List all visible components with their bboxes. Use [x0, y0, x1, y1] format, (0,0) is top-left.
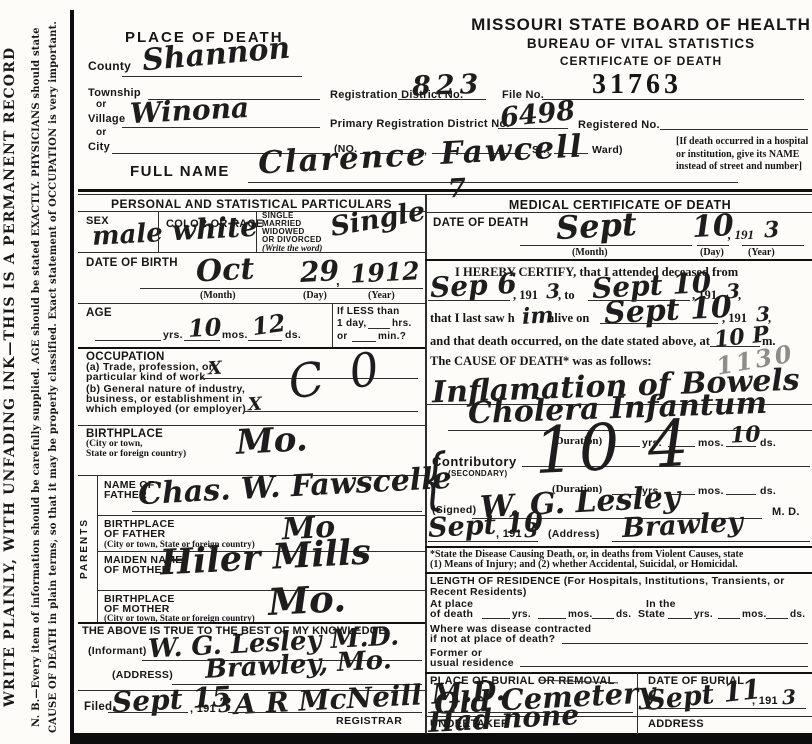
full-name-value: Clarence Fawcell: [257, 131, 584, 179]
dod-month-line: [520, 245, 692, 246]
dod-month-value: Sept: [555, 208, 637, 244]
signed-year-prefix: , 191: [496, 529, 522, 541]
margin-nb-note-line1: N. B.—Every item of information should b…: [31, 10, 42, 744]
signed-year-suffix: 3: [523, 520, 538, 541]
from-blank-line: [428, 300, 510, 301]
informant-address-value: Brawley, Mo.: [204, 647, 392, 683]
burial-year-prefix: , 191: [752, 696, 778, 708]
certify-line-2: that I last saw h: [430, 312, 515, 325]
father-row-rule: [97, 515, 425, 516]
age-cell-divider: [332, 303, 333, 347]
residence-state-yrs-line: [668, 618, 692, 619]
registrar-line: [228, 712, 422, 713]
informant-label: (Informant): [88, 646, 147, 657]
age-mos-value: 10: [187, 315, 222, 341]
file-no-value: 31763: [592, 70, 682, 99]
father-name-value: Chas. W. Fawscelle: [137, 464, 452, 510]
dob-line: [140, 288, 423, 289]
dob-comma: ,: [336, 274, 340, 288]
age-note-2b: hrs.: [392, 319, 412, 330]
registration-district-line: [398, 99, 486, 100]
residence-state-mos-line: [718, 618, 740, 619]
file-no-line: [542, 99, 804, 100]
alive-on-label: alive on: [548, 312, 589, 325]
birthplace-sub2: State or foreign country): [86, 450, 186, 460]
primary-registration-value: 6498: [499, 97, 577, 132]
father-name-line: [132, 511, 422, 512]
dod-month-caption: (Month): [572, 248, 608, 259]
parents-divider: [97, 475, 98, 622]
duration1-ds-label: ds.: [760, 438, 776, 449]
dob-month-value: Oct: [195, 254, 255, 287]
dob-month-caption: (Month): [200, 291, 236, 302]
former-residence-line: [520, 666, 808, 667]
race-cell-divider: [256, 211, 257, 252]
residence-place-yrs: yrs.: [512, 610, 531, 621]
registration-district-value: 823: [412, 71, 484, 100]
age-note-2: 1 day,: [337, 319, 366, 330]
signed-date-line: [428, 541, 538, 542]
age-ds-line: [248, 340, 282, 341]
attended-from-value: Sep 6: [429, 270, 517, 303]
duration1-ds-value: 10: [729, 423, 761, 447]
residence-state-ds-line: [766, 618, 788, 619]
line3-comma: ,: [768, 312, 771, 325]
duration1-ds-line: [726, 446, 756, 447]
death-certificate-scan: WRITE PLAINLY, WITH UNFADING INK—THIS IS…: [0, 0, 812, 744]
left-border-rule: [70, 10, 74, 744]
age-mos-line: [184, 340, 220, 341]
burial-year-suffix: 3: [781, 687, 796, 708]
date-of-death-label: DATE OF DEATH: [433, 217, 528, 229]
occupation-b-line3: which employed (or employer): [86, 404, 246, 415]
registered-no-label: Registered No.: [578, 120, 660, 132]
dob-year-caption: (Year): [368, 291, 395, 302]
or-2: or: [96, 128, 107, 139]
dod-year-line: [742, 245, 804, 246]
in-the-label-2: State: [638, 609, 665, 620]
occupation-b-blank: [244, 411, 418, 412]
board-title: MISSOURI STATE BOARD OF HEALTH: [470, 16, 812, 34]
county-line: [122, 76, 302, 77]
row2-rule: [78, 303, 425, 304]
primary-registration-label: Primary Registration District No.: [330, 119, 510, 131]
secondary-label: (SECONDARY): [448, 470, 507, 478]
age-yrs-label: yrs.: [163, 330, 183, 341]
signed-md-label: M. D.: [772, 507, 800, 519]
registrar-label: REGISTRAR: [336, 716, 402, 727]
or-1: or: [96, 100, 107, 111]
mother-bp-value: Mo.: [267, 580, 347, 621]
registered-no-line: [660, 129, 808, 130]
where-contracted-label-2: if not at place of death?: [430, 634, 555, 645]
residence-place-ds-line: [592, 618, 614, 619]
village-line: [122, 127, 320, 128]
age-note-3b: min.?: [378, 332, 406, 343]
filed-year-prefix: , 191: [190, 704, 216, 716]
dob-day-value: 29: [299, 257, 339, 287]
residence-place-yrs-line: [482, 618, 510, 619]
duration1-mos-label: mos.: [698, 438, 724, 449]
age-note-3: or: [337, 332, 348, 343]
occupation-a-line2: particular kind of work: [86, 372, 206, 383]
hospital-note: [If death occurred in a hospital or inst…: [676, 136, 810, 174]
dob-day-caption: (Day): [303, 291, 327, 302]
bureau-title: BUREAU OF VITAL STATISTICS: [470, 37, 812, 51]
color-race-value: white: [171, 213, 258, 245]
full-name-label: FULL NAME: [130, 164, 230, 180]
residence-state-yrs: yrs.: [694, 610, 713, 621]
full-name-line: [248, 182, 738, 183]
sex-value: male: [91, 220, 163, 250]
duration2-ds-label: ds.: [760, 486, 776, 497]
line2-comma: ,: [738, 289, 741, 302]
dod-day-caption: (Day): [700, 248, 724, 259]
ward-label: Ward): [592, 145, 623, 156]
at-place-label-2: of death: [430, 609, 473, 620]
duration2-ds-line: [726, 494, 756, 495]
residence-place-mos: mos.: [568, 610, 593, 621]
village-value: Winona: [129, 94, 249, 128]
dod-year-prefix: , 191: [728, 228, 754, 242]
undertaker-value: Had none: [427, 701, 579, 737]
undertaker-address-label: ADDRESS: [648, 719, 704, 731]
age-label: AGE: [86, 307, 112, 319]
saw-blank-line: [600, 323, 718, 324]
dod-day-line: [697, 245, 729, 246]
filed-line: [108, 712, 188, 713]
age-yrs-line: [95, 340, 161, 341]
occupation-a-value: X: [208, 360, 223, 379]
burial-date-line: [644, 708, 806, 709]
header-divider-2: [78, 194, 812, 195]
mother-name-value: Hiler Mills: [159, 535, 371, 581]
where-contracted-line: [562, 643, 808, 644]
to-word: , to: [558, 289, 575, 302]
certify-line-4: The CAUSE OF DEATH* was as follows:: [430, 355, 652, 368]
informant-address-label: (ADDRESS): [112, 670, 173, 681]
certificate-title: CERTIFICATE OF DEATH: [470, 55, 812, 68]
from-year-prefix: , 191: [513, 289, 538, 302]
former-residence-label-2: usual residence: [430, 658, 514, 669]
occupation-scrawl: C 0: [285, 344, 389, 406]
age-ds-value: 12: [250, 311, 286, 339]
footnote-line-2: (1) Means of Injury; and (2) whether Acc…: [430, 560, 738, 571]
signed-address-line: [612, 541, 810, 542]
residence-place-mos-line: [538, 618, 566, 619]
duration2-mos-label: mos.: [698, 486, 724, 497]
dod-bottom-rule: [425, 259, 812, 261]
signed-bottom-rule: [425, 546, 812, 548]
age-mos-label: mos.: [222, 330, 248, 341]
birthplace-value: Mo.: [235, 422, 308, 460]
dob-year-value: 1912: [349, 258, 420, 287]
dod-year-suffix: 3: [763, 219, 779, 242]
dod-year-caption: (Year): [748, 248, 775, 259]
signed-address-value: Brawley: [621, 509, 743, 542]
header-divider-1: [78, 189, 812, 192]
age-ds-label: ds.: [285, 330, 301, 341]
residence-state-ds: ds.: [790, 610, 805, 621]
footnote-bottom-rule: [425, 572, 812, 574]
parents-vertical-label: PARENTS: [79, 475, 90, 622]
margin-permanent-record-note: WRITE PLAINLY, WITH UNFADING INK—THIS IS…: [2, 10, 18, 744]
residence-heading-2: Recent Residents): [430, 587, 527, 598]
certify-line-3: and that death occurred, on the date sta…: [430, 335, 710, 348]
village-label: Village: [88, 114, 125, 126]
contributory-scrawl: 10 4: [532, 412, 694, 484]
residence-state-mos: mos.: [742, 610, 767, 621]
age-note-1: If LESS than: [337, 307, 400, 318]
mother-row-rule: [97, 590, 425, 591]
age-hrs-line: [368, 328, 390, 329]
residence-place-ds: ds.: [616, 610, 631, 621]
signed-address-label: (Address): [548, 529, 600, 540]
margin-nb-note-line2: CAUSE OF DEATH in plain terms, so that i…: [48, 10, 59, 744]
city-label: City: [88, 142, 110, 154]
date-of-birth-label: DATE OF BIRTH: [86, 257, 178, 269]
medical-check-mark: 7: [447, 176, 466, 203]
county-label: County: [88, 60, 131, 73]
sex-cell-divider: [158, 211, 159, 252]
